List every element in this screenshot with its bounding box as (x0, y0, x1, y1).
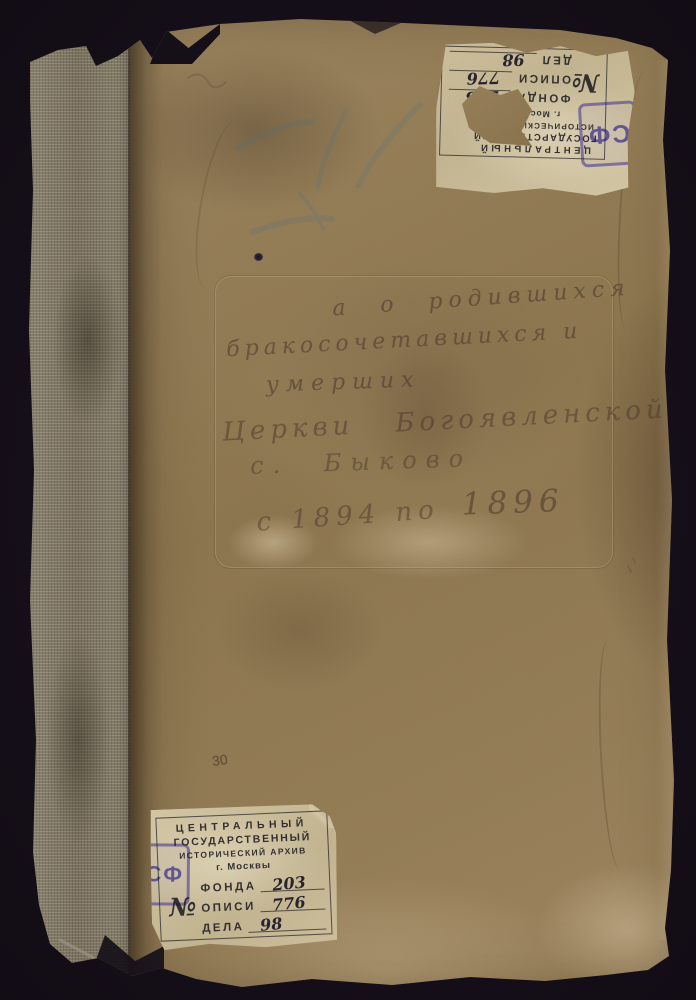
opis-row: ОПИСИ 776 (449, 70, 571, 88)
fond-number: 203 (272, 872, 307, 894)
archival-book-photo: а о родившихся бракосочетавшихся и умерш… (0, 0, 696, 1000)
ink-blot (254, 253, 263, 261)
numero-sign: № (169, 892, 197, 922)
delo-label: ДЕЛА (202, 921, 245, 935)
delo-number: 98 (259, 914, 283, 935)
numero-sign: № (571, 68, 599, 98)
book-cover: а о родившихся бракосочетавшихся и умерш… (0, 0, 696, 1000)
fond-label: ФОНДА (200, 880, 257, 894)
cloth-spine (0, 0, 142, 1000)
date-year: 1896 (461, 483, 565, 523)
pencil-mark: 30 (211, 751, 229, 769)
opis-label: ОПИСИ (516, 72, 571, 85)
delo-number: 98 (502, 50, 525, 70)
opis-line: 776 (449, 70, 513, 87)
fore-edge-wear (656, 60, 682, 940)
delo-line: 98 (449, 51, 536, 68)
delo-label: ДЕЛ (540, 53, 572, 66)
opis-line: 776 (259, 894, 325, 912)
archive-label-bottom: СФ ЦЕНТРАЛЬНЫЙ ГОСУДАРСТВЕННЫЙ ИСТОРИЧЕС… (147, 802, 341, 952)
archive-label-top: СФ ЦЕНТРАЛЬНЫЙ ГОСУДАРСТВЕННЫЙ ИСТОРИЧЕС… (434, 41, 636, 196)
fond-line: 203 (260, 875, 325, 893)
delo-row: ДЕЛ 98 (449, 51, 571, 69)
opis-label: ОПИСИ (201, 901, 256, 915)
opis-number: 776 (467, 68, 501, 88)
opis-number: 776 (271, 893, 306, 915)
